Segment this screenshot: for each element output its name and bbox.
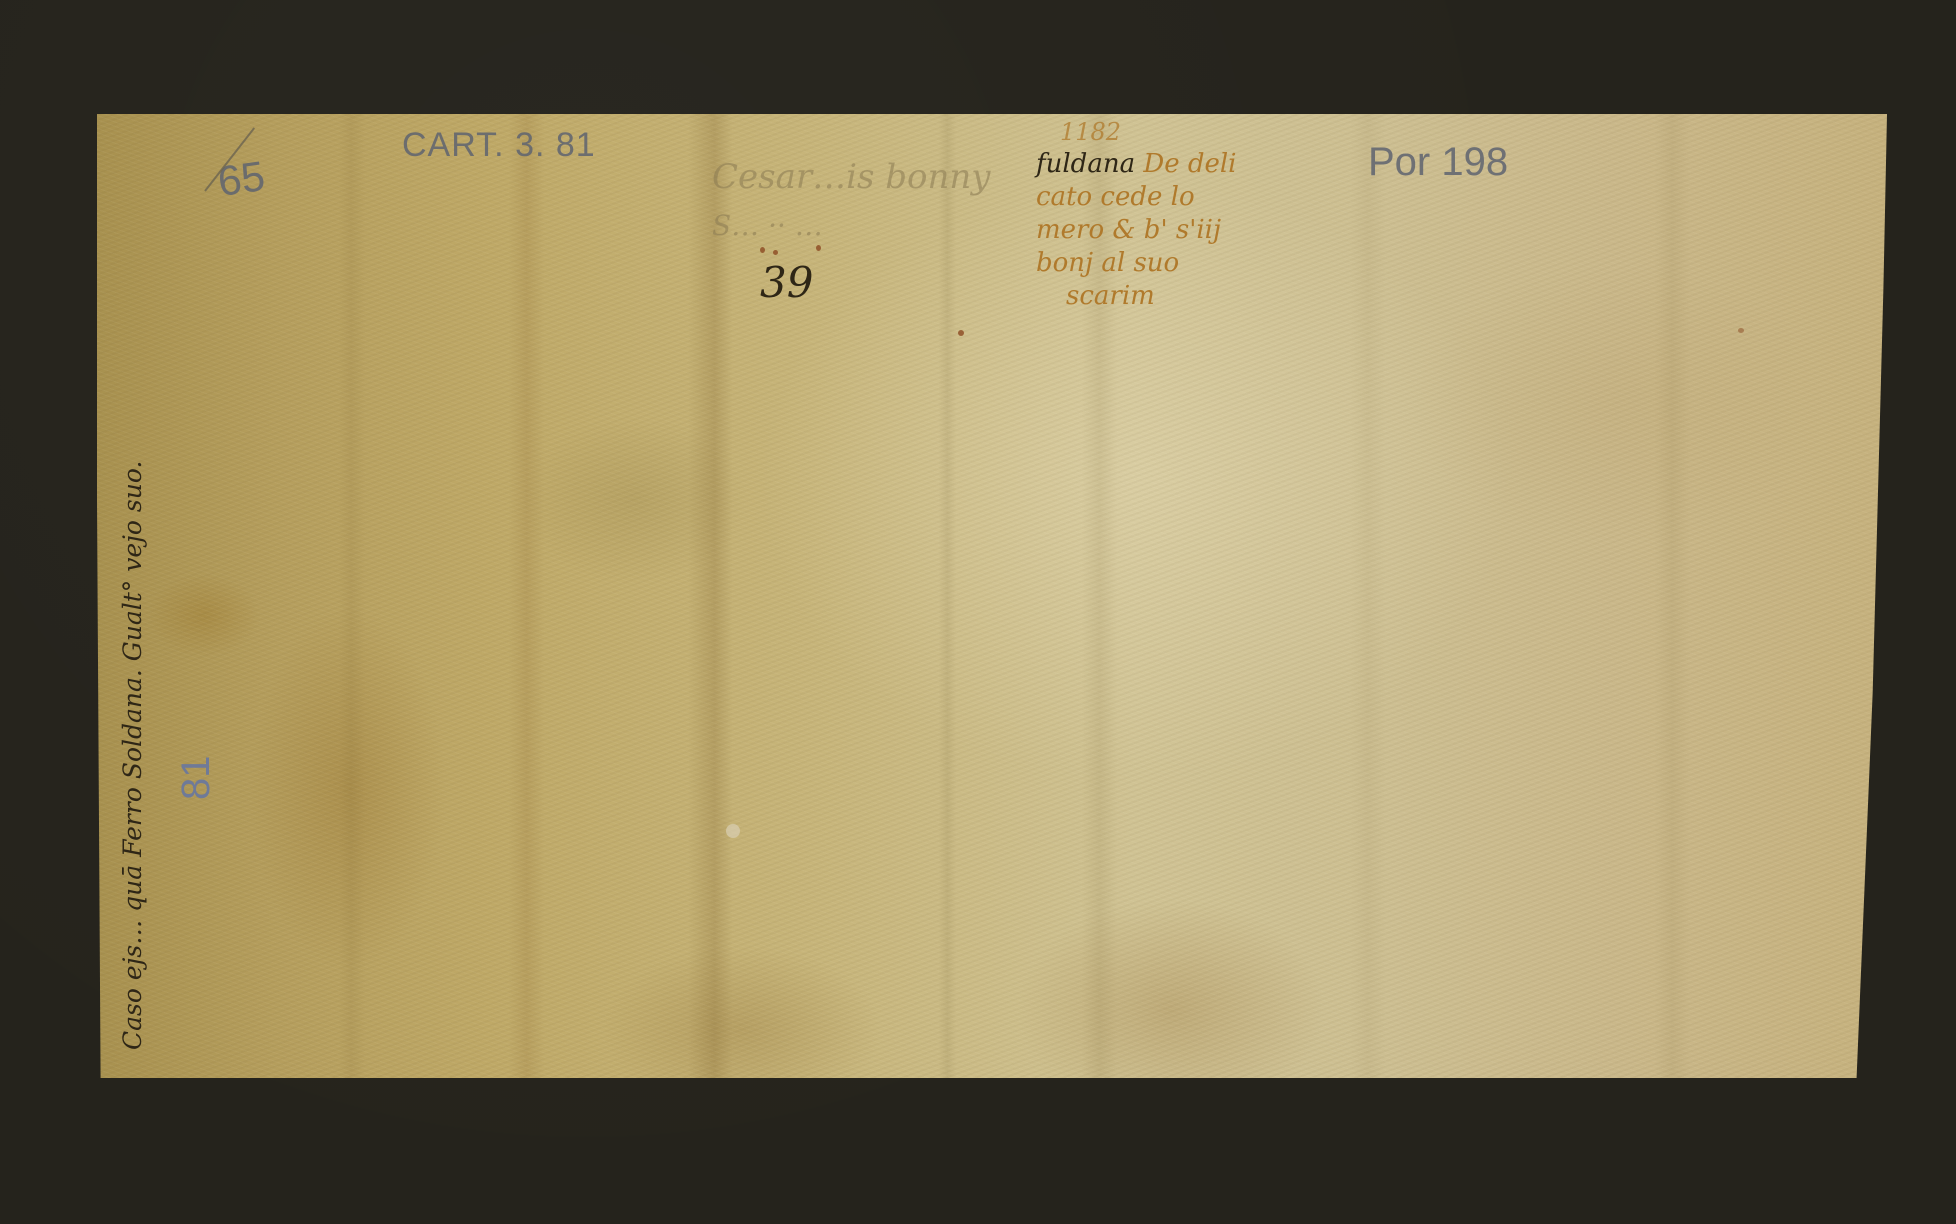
parchment-sheet bbox=[97, 114, 1887, 1078]
annotation-vertical-number: 81 bbox=[176, 756, 216, 801]
ink-spot bbox=[760, 247, 765, 253]
annotation-por-reference: Por 198 bbox=[1368, 142, 1508, 182]
brown-note-line: fuldana De deli bbox=[1036, 148, 1237, 181]
ink-spot bbox=[816, 245, 821, 251]
ink-spot bbox=[773, 250, 778, 255]
annotation-year: 1182 bbox=[1060, 120, 1121, 144]
annotation-brown-note: fuldana De deli cato cede lo mero & b' s… bbox=[1036, 148, 1237, 313]
annotation-faded-line-2: S… ·· … bbox=[712, 212, 823, 240]
annotation-cart-reference: CART. 3. 81 bbox=[402, 128, 596, 162]
brown-note-line: mero & b' s'iij bbox=[1036, 214, 1237, 247]
annotation-shelf-number: 65 bbox=[215, 155, 267, 203]
annotation-faded-line-1: Cesar…is bonny bbox=[712, 160, 990, 194]
ink-spot bbox=[1738, 328, 1744, 333]
wax-spot bbox=[726, 824, 740, 838]
brown-note-text: De deli bbox=[1135, 149, 1236, 179]
brown-note-line: cato cede lo bbox=[1036, 181, 1237, 214]
brown-note-line: scarim bbox=[1036, 280, 1237, 313]
ink-spot bbox=[958, 330, 964, 336]
brown-note-line: bonj al suo bbox=[1036, 247, 1237, 280]
parchment-texture bbox=[97, 114, 1887, 1078]
annotation-number-39: 39 bbox=[760, 262, 813, 304]
annotation-vertical-note: Caso ejs… quā Ferro Soldana. Gualt° vejo… bbox=[120, 461, 145, 1050]
brown-note-dark-word: fuldana bbox=[1036, 149, 1135, 179]
